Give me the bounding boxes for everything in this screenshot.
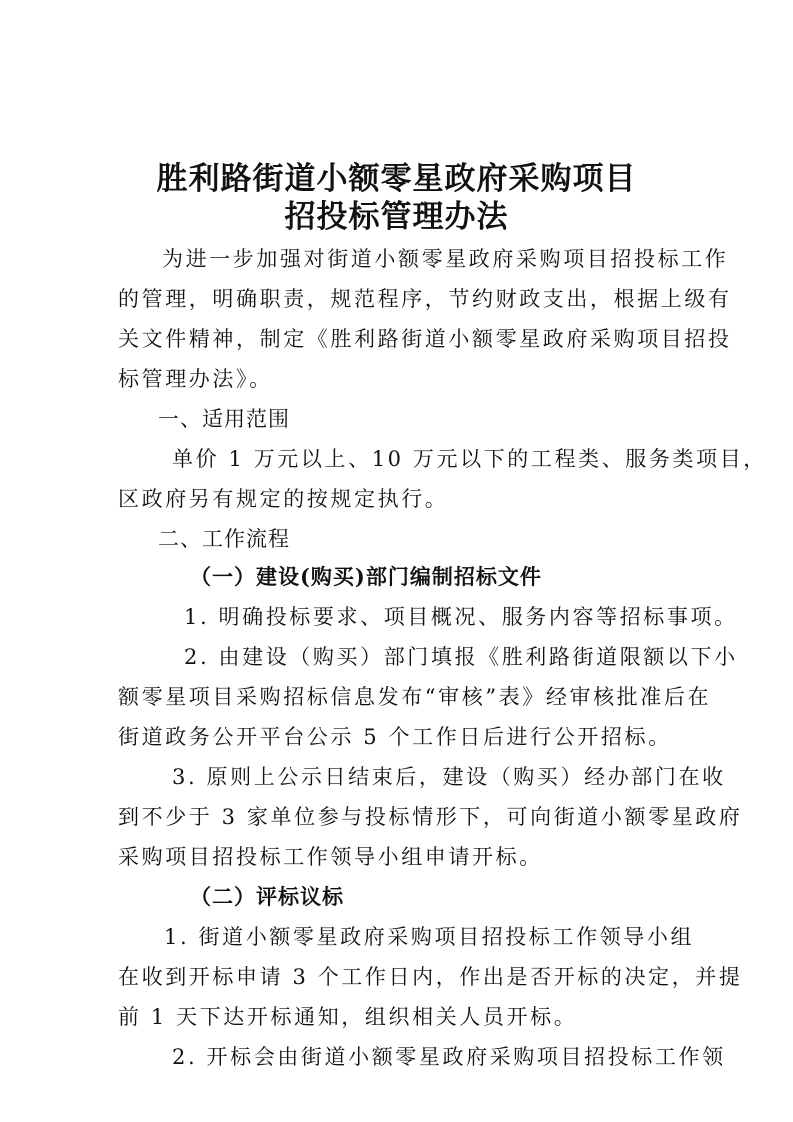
subsection-heading-prepare: （一）建设(购买)部门编制招标文件 (190, 562, 542, 592)
workflow-line: 街道政务公开平台公示 5 个工作日后进行公开招标。 (118, 722, 672, 752)
intro-line: 的管理，明确职责，规范程序，节约财政支出，根据上级有 (118, 284, 732, 314)
subsection-heading-evaluation: （二）评标议标 (190, 882, 344, 912)
evaluation-line: 2. 开标会由街道小额零星政府采购项目招投标工作领 (172, 1042, 726, 1072)
workflow-line: 到不少于 3 家单位参与投标情形下，可向街道小额零星政府 (118, 802, 743, 832)
workflow-line: 额零星项目采购招标信息发布“审核”表》经审核批准后在 (118, 682, 711, 712)
workflow-line: 1. 明确投标要求、项目概况、服务内容等招标事项。 (184, 602, 738, 632)
title-line-1: 胜利路街道小额零星政府采购项目 (0, 160, 793, 198)
evaluation-line: 在收到开标申请 3 个工作日内，作出是否开标的决定，并提 (118, 962, 743, 992)
section-heading-workflow: 二、工作流程 (158, 524, 290, 554)
intro-line: 为进一步加强对街道小额零星政府采购项目招投标工作 (162, 244, 728, 274)
workflow-line: 2. 由建设（购买）部门填报《胜利路街道限额以下小 (184, 642, 738, 672)
evaluation-line: 前 1 天下达开标通知，组织相关人员开标。 (118, 1002, 577, 1032)
title-line-2: 招投标管理办法 (0, 198, 793, 236)
workflow-line: 3. 原则上公示日结束后，建设（购买）经办部门在收 (172, 762, 726, 792)
evaluation-line: 1. 街道小额零星政府采购项目招投标工作领导小组 (164, 922, 694, 952)
intro-line: 标管理办法》。 (118, 364, 273, 394)
intro-line: 关文件精神，制定《胜利路街道小额零星政府采购项目招投 (118, 324, 732, 354)
scope-line: 区政府另有规定的按规定执行。 (118, 484, 448, 514)
workflow-line: 采购项目招投标工作领导小组申请开标。 (118, 842, 543, 872)
section-heading-scope: 一、适用范围 (158, 404, 290, 434)
scope-line: 单价 1 万元以上、10 万元以下的工程类、服务类项目， (172, 444, 767, 474)
